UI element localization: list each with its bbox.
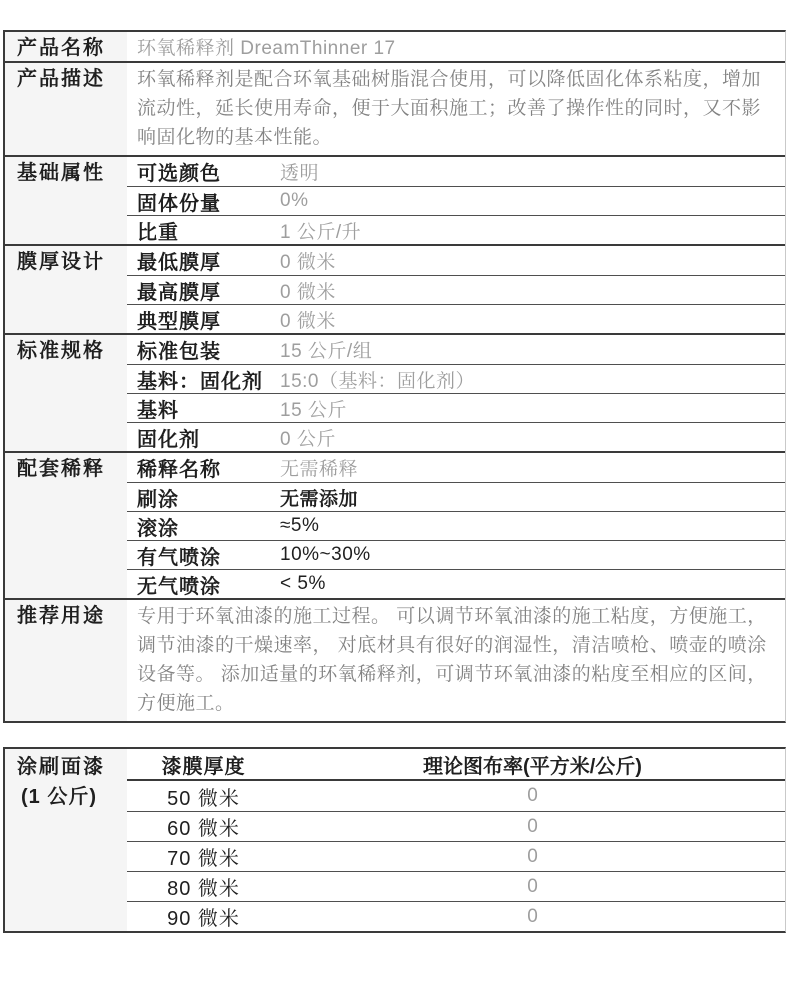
thickness-cell: 80 微米 (127, 872, 280, 901)
section-rows: 稀释名称无需稀释刷涂无需添加滚涂≈5%有气喷涂10%~30%无气喷涂< 5% (127, 453, 785, 598)
coverage-row: 50 微米0 (127, 781, 785, 811)
rate-cell: 0 (280, 816, 785, 838)
spec-row: 最高膜厚0 微米 (127, 275, 785, 304)
spec-key: 有气喷涂 (127, 541, 280, 570)
spec-key: 比重 (127, 216, 280, 245)
section-rows: 可选颜色透明固体份量0%比重1 公斤/升 (127, 157, 785, 244)
spec-row: 滚涂≈5% (127, 511, 785, 540)
coverage-header-row: 漆膜厚度 理论图布率(平方米/公斤) (127, 749, 785, 781)
section-rows: 专用于环氧油漆的施工过程。 可以调节环氧油漆的施工粘度，方便施工，调节油漆的干燥… (127, 600, 785, 721)
spec-key: 刷涂 (127, 483, 280, 512)
section-rows: 标准包装15 公斤/组基料：固化剂15:0（基料：固化剂）基料15 公斤固化剂0… (127, 335, 785, 451)
spec-row: 基料：固化剂15:0（基料：固化剂） (127, 364, 785, 393)
section-label-standard-spec: 标准规格 (5, 335, 127, 451)
section-basic-properties: 基础属性可选颜色透明固体份量0%比重1 公斤/升 (5, 155, 785, 244)
spec-key: 最高膜厚 (127, 276, 280, 305)
spec-key: 基料：固化剂 (127, 365, 280, 394)
coverage-row: 60 微米0 (127, 811, 785, 841)
section-rows: 环氧稀释剂 DreamThinner 17 (127, 32, 785, 61)
rate-cell: 0 (280, 906, 785, 928)
spec-key: 标准包装 (127, 335, 280, 364)
spec-key: 滚涂 (127, 512, 280, 541)
spec-row: 有气喷涂10%~30% (127, 540, 785, 569)
spec-key: 无气喷涂 (127, 570, 280, 599)
spec-row: 固体份量0% (127, 186, 785, 215)
spec-key: 固体份量 (127, 187, 280, 216)
spec-key: 可选颜色 (127, 157, 280, 186)
spec-value: 15:0（基料：固化剂） (280, 366, 785, 393)
coverage-row: 90 微米0 (127, 901, 785, 931)
spec-row: 标准包装15 公斤/组 (127, 335, 785, 364)
spec-key: 稀释名称 (127, 453, 280, 482)
section-rows: 环氧稀释剂是配合环氧基础树脂混合使用，可以降低固化体系粘度，增加流动性，延长使用… (127, 63, 785, 155)
spec-value: 透明 (280, 158, 785, 185)
thickness-cell: 90 微米 (127, 902, 280, 931)
coverage-table: 涂刷面漆 (1 公斤) 漆膜厚度 理论图布率(平方米/公斤) 50 微米060 … (3, 747, 786, 933)
spec-value: 0 微米 (280, 247, 785, 274)
section-label-film-thickness: 膜厚设计 (5, 246, 127, 333)
section-recommended-use: 推荐用途专用于环氧油漆的施工过程。 可以调节环氧油漆的施工粘度，方便施工，调节油… (5, 598, 785, 721)
section-thinner-pairing: 配套稀释稀释名称无需稀释刷涂无需添加滚涂≈5%有气喷涂10%~30%无气喷涂< … (5, 451, 785, 598)
spec-key: 典型膜厚 (127, 305, 280, 334)
coverage-label-line2: (1 公斤) (5, 782, 127, 812)
spec-paragraph: 环氧稀释剂是配合环氧基础树脂混合使用，可以降低固化体系粘度，增加流动性，延长使用… (127, 63, 785, 155)
spec-row: 刷涂无需添加 (127, 482, 785, 511)
spec-paragraph: 专用于环氧油漆的施工过程。 可以调节环氧油漆的施工粘度，方便施工，调节油漆的干燥… (127, 600, 785, 721)
spec-value: 15 公斤 (280, 395, 785, 422)
section-label-product-description: 产品描述 (5, 63, 127, 155)
spec-row: 无气喷涂< 5% (127, 569, 785, 598)
spec-value: ≈5% (280, 515, 785, 537)
spec-value: 10%~30% (280, 544, 785, 566)
section-film-thickness: 膜厚设计最低膜厚0 微米最高膜厚0 微米典型膜厚0 微米 (5, 244, 785, 333)
coverage-row: 70 微米0 (127, 841, 785, 871)
coverage-section-label: 涂刷面漆 (1 公斤) (5, 749, 127, 931)
coverage-header-thickness: 漆膜厚度 (127, 750, 280, 779)
coverage-label-line1: 涂刷面漆 (5, 752, 127, 782)
spec-value: 环氧稀释剂 DreamThinner 17 (127, 33, 396, 60)
spec-row: 可选颜色透明 (127, 157, 785, 186)
spec-row: 固化剂0 公斤 (127, 422, 785, 451)
spec-row: 比重1 公斤/升 (127, 215, 785, 244)
spec-key: 最低膜厚 (127, 246, 280, 275)
spec-value: 无需稀释 (280, 454, 785, 481)
spec-value: 1 公斤/升 (280, 217, 785, 244)
spec-row: 典型膜厚0 微米 (127, 304, 785, 333)
section-label-recommended-use: 推荐用途 (5, 600, 127, 721)
spec-value: 无需添加 (280, 484, 785, 511)
spec-value: 15 公斤/组 (280, 336, 785, 363)
section-product-name: 产品名称环氧稀释剂 DreamThinner 17 (5, 32, 785, 61)
section-product-description: 产品描述环氧稀释剂是配合环氧基础树脂混合使用，可以降低固化体系粘度，增加流动性，… (5, 61, 785, 155)
spec-value: < 5% (280, 573, 785, 595)
thickness-cell: 50 微米 (127, 782, 280, 811)
spec-key: 基料 (127, 394, 280, 423)
spec-row: 环氧稀释剂 DreamThinner 17 (127, 32, 785, 61)
spec-value: 0 公斤 (280, 424, 785, 451)
section-label-basic-properties: 基础属性 (5, 157, 127, 244)
spec-row: 基料15 公斤 (127, 393, 785, 422)
spec-value: 0 微米 (280, 277, 785, 304)
rate-cell: 0 (280, 785, 785, 807)
rate-cell: 0 (280, 846, 785, 868)
thickness-cell: 70 微米 (127, 842, 280, 871)
section-label-product-name: 产品名称 (5, 32, 127, 61)
spec-row: 最低膜厚0 微米 (127, 246, 785, 275)
spec-key: 固化剂 (127, 423, 280, 452)
section-rows: 最低膜厚0 微米最高膜厚0 微米典型膜厚0 微米 (127, 246, 785, 333)
spec-value: 0 微米 (280, 306, 785, 333)
coverage-body: 漆膜厚度 理论图布率(平方米/公斤) 50 微米060 微米070 微米080 … (127, 749, 785, 931)
section-standard-spec: 标准规格标准包装15 公斤/组基料：固化剂15:0（基料：固化剂）基料15 公斤… (5, 333, 785, 451)
spec-value: 0% (280, 190, 785, 212)
product-spec-table: 产品名称环氧稀释剂 DreamThinner 17产品描述环氧稀释剂是配合环氧基… (3, 30, 786, 723)
coverage-header-rate: 理论图布率(平方米/公斤) (280, 750, 785, 779)
spec-row: 稀释名称无需稀释 (127, 453, 785, 482)
thickness-cell: 60 微米 (127, 812, 280, 841)
section-label-thinner-pairing: 配套稀释 (5, 453, 127, 598)
rate-cell: 0 (280, 876, 785, 898)
coverage-row: 80 微米0 (127, 871, 785, 901)
